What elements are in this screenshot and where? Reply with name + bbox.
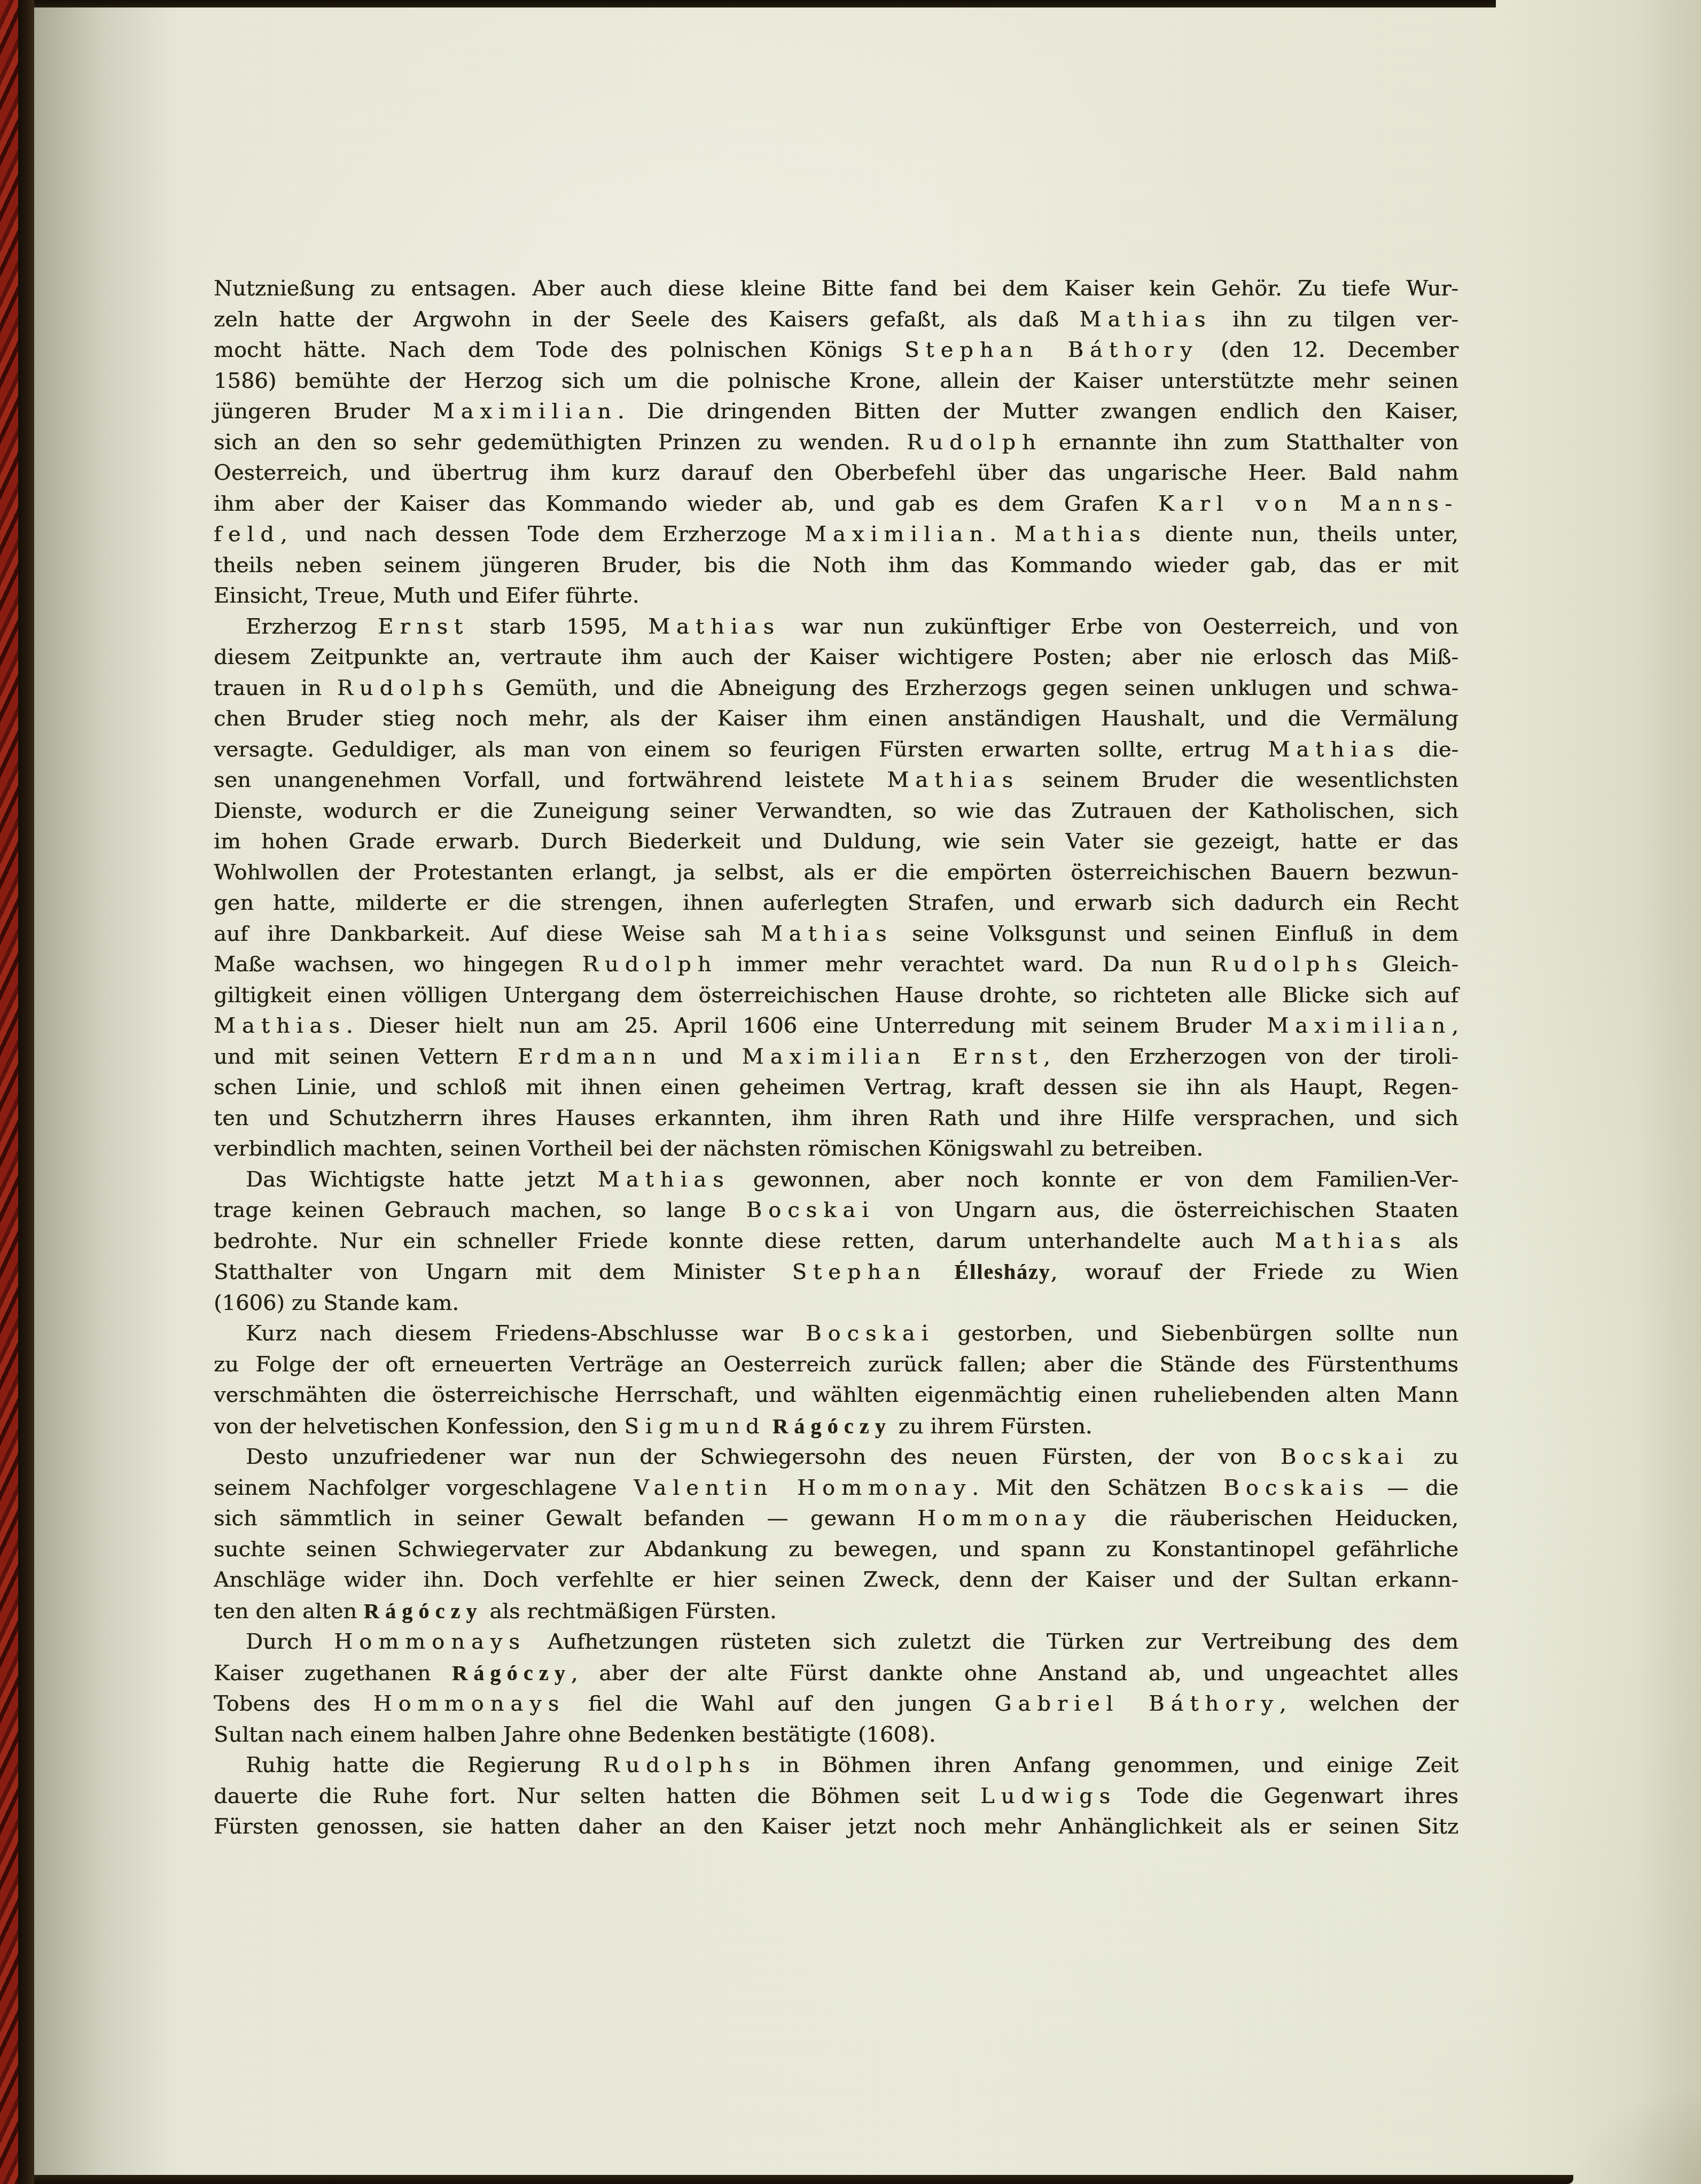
text-segment: starb 1595, <box>469 614 648 639</box>
text-line: Anschläge wider ihn. Doch verfehlte er h… <box>214 1565 1458 1596</box>
emphasized-name: Mathias <box>1080 307 1212 332</box>
text-line: ten den alten Rágóczy als rechtmäßigen F… <box>214 1596 1458 1627</box>
emphasized-name: Rágóczy <box>452 1661 571 1685</box>
text-segment: — die <box>1370 1476 1458 1500</box>
text-segment: trage keinen Gebrauch machen, so lange <box>214 1198 746 1222</box>
text-segment: Tobens des <box>214 1691 373 1716</box>
text-segment <box>927 1260 955 1284</box>
text-line: Nutznießung zu entsagen. Aber auch diese… <box>214 274 1458 305</box>
text-line: sen unangenehmen Vorfall, und fortwähren… <box>214 765 1458 796</box>
emphasized-name: Rágóczy <box>364 1599 483 1623</box>
text-segment: . <box>989 522 1015 547</box>
text-line: theils neben seinem jüngeren Bruder, bis… <box>214 550 1458 581</box>
text-segment: , aber der alte Fürst dankte ohne Anstan… <box>571 1661 1458 1686</box>
emphasized-name: Bocskais <box>1223 1476 1370 1500</box>
emphasized-name: Mathias <box>1268 737 1400 762</box>
text-line: dauerte die Ruhe fort. Nur selten hatten… <box>214 1781 1458 1812</box>
emphasized-name: Rudolphs <box>603 1753 756 1777</box>
text-line: von der helvetischen Konfession, den Sig… <box>214 1411 1458 1442</box>
text-line: Oesterreich, und übertrug ihm kurz darau… <box>214 458 1458 489</box>
text-line: chen Bruder stieg noch mehr, als der Kai… <box>214 704 1458 735</box>
text-segment: Durch <box>246 1629 334 1654</box>
text-segment: , <box>1452 1013 1458 1038</box>
scan-top-edge <box>0 0 1496 7</box>
text-line: sich sämmtlich in seiner Gewalt befanden… <box>214 1503 1458 1534</box>
text-segment: trauen in <box>214 676 337 700</box>
emphasized-name: Ludwigs <box>980 1784 1117 1808</box>
text-segment: und <box>662 1044 742 1069</box>
text-line: verschmähten die österreichische Herrsch… <box>214 1380 1458 1411</box>
text-segment: und mit seinen Vettern <box>214 1044 518 1069</box>
text-segment: ernannte ihn zum Statthalter von <box>1042 430 1458 455</box>
text-segment: von der helvetischen Konfession, den <box>214 1414 624 1439</box>
emphasized-name: Bocskai <box>1281 1445 1409 1469</box>
text-segment <box>766 1414 773 1439</box>
emphasized-name: Rudolph <box>907 430 1042 455</box>
text-segment: diente nun, theils unter, <box>1147 522 1458 547</box>
emphasized-name: Rágóczy <box>773 1414 892 1438</box>
text-segment: diesem Zeitpunkte an, vertraute ihm auch… <box>214 645 1458 669</box>
gutter-shadow <box>33 0 183 2184</box>
text-segment: suchte seinen Schwiegervater zur Abdanku… <box>214 1537 1458 1562</box>
emphasized-name: Stephan <box>792 1260 927 1284</box>
text-line: ten und Schutzherrn ihres Hauses erkannt… <box>214 1103 1458 1134</box>
text-line: diesem Zeitpunkte an, vertraute ihm auch… <box>214 642 1458 673</box>
text-segment: ihn zu tilgen ver- <box>1212 307 1458 332</box>
text-segment: Maße wachsen, wo hingegen <box>214 952 582 977</box>
text-segment: , den Erzherzogen von der tiroli- <box>1043 1044 1458 1069</box>
emphasized-name: Mathias <box>1015 522 1147 547</box>
text-line: Einsicht, Treue, Muth und Eifer führte. <box>214 581 1458 612</box>
text-segment: gewonnen, aber noch konnte er von dem Fa… <box>730 1167 1458 1192</box>
text-line: im hohen Grade erwarb. Durch Biederkeit … <box>214 826 1458 857</box>
text-segment: Tode die Gegenwart ihres <box>1117 1784 1458 1808</box>
text-segment: gen hatte, milderte er die strengen, ihn… <box>214 891 1458 915</box>
text-segment: Statthalter von Ungarn mit dem Minister <box>214 1260 792 1284</box>
text-segment: zu <box>1409 1445 1458 1469</box>
text-segment: (den 12. December <box>1198 338 1458 362</box>
text-segment: dauerte die Ruhe fort. Nur selten hatten… <box>214 1784 980 1808</box>
text-line: trage keinen Gebrauch machen, so lange B… <box>214 1195 1458 1226</box>
text-line: Erzherzog Ernst starb 1595, Mathias war … <box>214 612 1458 643</box>
emphasized-name: Valentin Hommonay <box>634 1476 972 1500</box>
text-segment: 1586) bemühte der Herzog sich um die pol… <box>214 369 1458 393</box>
text-segment: Einsicht, Treue, Muth und Eifer führte. <box>214 583 639 608</box>
page-text-block: Nutznießung zu entsagen. Aber auch diese… <box>214 274 1458 1843</box>
text-segment: Gemüth, und die Abneigung des Erzherzogs… <box>490 676 1458 700</box>
emphasized-name: Sigmund <box>624 1414 766 1439</box>
text-segment: Ruhig hatte die Regierung <box>246 1753 603 1777</box>
text-segment: verschmähten die österreichische Herrsch… <box>214 1383 1458 1407</box>
text-line: bedrohte. Nur ein schneller Friede konnt… <box>214 1226 1458 1257</box>
emphasized-name: Mathias <box>648 614 781 639</box>
emphasized-name: Mathias <box>761 922 893 946</box>
text-segment: fiel die Wahl auf den jungen <box>565 1691 994 1716</box>
text-segment: gestorben, und Siebenbürgen sollte nun <box>934 1321 1458 1346</box>
emphasized-name: Erdmann <box>518 1044 662 1069</box>
emphasized-name: Mathias <box>214 1013 346 1038</box>
text-line: gen hatte, milderte er die strengen, ihn… <box>214 888 1458 919</box>
text-segment: , welchen der <box>1279 1691 1458 1716</box>
text-line: Wohlwollen der Protestanten erlangt, ja … <box>214 857 1458 888</box>
text-line: Mathias. Dieser hielt nun am 25. April 1… <box>214 1011 1458 1042</box>
scan-bottom-edge <box>21 2175 1573 2184</box>
text-segment: im hohen Grade erwarb. Durch Biederkeit … <box>214 829 1458 854</box>
text-segment: von Ungarn aus, die österreichischen Sta… <box>875 1198 1458 1222</box>
text-line: feld, und nach dessen Tode dem Erzherzog… <box>214 519 1458 550</box>
text-line: trauen in Rudolphs Gemüth, und die Abnei… <box>214 673 1458 704</box>
text-segment: Desto unzufriedener war nun der Schwiege… <box>246 1445 1281 1469</box>
text-segment: schen Linie, und schloß mit ihnen einen … <box>214 1075 1458 1099</box>
emphasized-name: Mathias <box>1275 1229 1407 1253</box>
emphasized-name: Rudolphs <box>337 676 490 700</box>
text-line: auf ihre Dankbarkeit. Auf diese Weise sa… <box>214 919 1458 950</box>
emphasized-name: Maximilian <box>433 399 618 424</box>
text-segment: als <box>1407 1229 1458 1253</box>
text-segment: Dienste, wodurch er die Zuneigung seiner… <box>214 799 1458 823</box>
text-line: zeln hatte der Argwohn in der Seele des … <box>214 305 1458 336</box>
text-segment: (1606) zu Stande kam. <box>214 1291 459 1315</box>
text-line: Fürsten genossen, sie hatten daher an de… <box>214 1812 1458 1843</box>
text-line: Kurz nach diesem Friedens-Abschlusse war… <box>214 1319 1458 1350</box>
text-segment: ten den alten <box>214 1599 364 1624</box>
text-line: Tobens des Hommonays fiel die Wahl auf d… <box>214 1689 1458 1720</box>
text-segment: Nutznießung zu entsagen. Aber auch diese… <box>214 276 1458 301</box>
emphasized-name: Hommonay <box>917 1506 1092 1531</box>
text-line: Sultan nach einem halben Jahre ohne Bede… <box>214 1720 1458 1751</box>
text-line: zu Folge der oft erneuerten Verträge an … <box>214 1350 1458 1380</box>
text-segment: sich an den so sehr gedemüthigten Prinze… <box>214 430 907 455</box>
text-segment: war nun zukünftiger Erbe von Oesterreich… <box>781 614 1458 639</box>
text-segment: jüngeren Bruder <box>214 399 433 424</box>
text-line: verbindlich machten, seinen Vortheil bei… <box>214 1134 1458 1165</box>
text-segment: . Mit den Schätzen <box>972 1476 1223 1500</box>
emphasized-name: Bocskai <box>806 1321 934 1346</box>
emphasized-name: Mathias <box>887 768 1019 792</box>
emphasized-name: Bocskai <box>746 1198 875 1222</box>
text-line: ihm aber der Kaiser das Kommando wieder … <box>214 489 1458 520</box>
emphasized-name: Rudolphs <box>1211 952 1363 977</box>
text-segment: zeln hatte der Argwohn in der Seele des … <box>214 307 1080 332</box>
text-segment: Oesterreich, und übertrug ihm kurz darau… <box>214 461 1458 485</box>
emphasized-name: Hommonays <box>334 1629 526 1654</box>
text-line: giltigkeit einen völligen Untergang dem … <box>214 980 1458 1011</box>
text-segment: Kaiser zugethanen <box>214 1661 452 1686</box>
text-segment: verbindlich machten, seinen Vortheil bei… <box>214 1136 1203 1161</box>
text-segment: als rechtmäßigen Fürsten. <box>483 1599 777 1624</box>
text-line: sich an den so sehr gedemüthigten Prinze… <box>214 427 1458 458</box>
text-segment: Sultan nach einem halben Jahre ohne Bede… <box>214 1722 936 1747</box>
text-segment: . Dieser hielt nun am 25. April 1606 ein… <box>346 1013 1267 1038</box>
emphasized-name: Rudolph <box>582 952 718 977</box>
text-segment: Kurz nach diesem Friedens-Abschlusse war <box>246 1321 806 1346</box>
text-line: Statthalter von Ungarn mit dem Minister … <box>214 1257 1458 1288</box>
text-segment: bedrohte. Nur ein schneller Friede konnt… <box>214 1229 1275 1253</box>
text-line: schen Linie, und schloß mit ihnen einen … <box>214 1072 1458 1103</box>
text-line: Dienste, wodurch er die Zuneigung seiner… <box>214 796 1458 827</box>
text-segment: Aufhetzungen rüsteten sich zuletzt die T… <box>526 1629 1458 1654</box>
text-segment: sich sämmtlich in seiner Gewalt befanden… <box>214 1506 917 1531</box>
text-segment: Fürsten genossen, sie hatten daher an de… <box>214 1814 1458 1839</box>
page-corner-shadow <box>1509 2024 1701 2184</box>
text-segment: Erzherzog <box>246 614 378 639</box>
text-segment: chen Bruder stieg noch mehr, als der Kai… <box>214 706 1458 731</box>
text-segment: seinem Bruder die wesentlichsten <box>1019 768 1458 792</box>
emphasized-name: Ernst <box>378 614 469 639</box>
text-line: suchte seinen Schwiegervater zur Abdanku… <box>214 1534 1458 1565</box>
text-segment: auf ihre Dankbarkeit. Auf diese Weise sa… <box>214 922 761 946</box>
text-segment: Gleich- <box>1363 952 1458 977</box>
emphasized-name: Gabriel Báthory <box>995 1691 1279 1716</box>
text-segment: die- <box>1400 737 1458 762</box>
text-segment: , und nach dessen Tode dem Erzherzoge <box>280 522 805 547</box>
text-line: mocht hätte. Nach dem Tode des polnische… <box>214 335 1458 366</box>
text-line: versagte. Geduldiger, als man von einem … <box>214 735 1458 766</box>
text-segment: immer mehr verachtet ward. Da nun <box>718 952 1211 977</box>
text-segment: zu ihrem Fürsten. <box>892 1414 1093 1439</box>
text-line: (1606) zu Stande kam. <box>214 1288 1458 1319</box>
text-line: Ruhig hatte die Regierung Rudolphs in Bö… <box>214 1750 1458 1781</box>
text-line: Maße wachsen, wo hingegen Rudolph immer … <box>214 949 1458 980</box>
text-line: Durch Hommonays Aufhetzungen rüsteten si… <box>214 1627 1458 1658</box>
emphasized-name: Maximilian Ernst <box>742 1044 1044 1069</box>
emphasized-name: feld <box>214 522 280 547</box>
text-line: 1586) bemühte der Herzog sich um die pol… <box>214 366 1458 397</box>
text-segment: Anschläge wider ihn. Doch verfehlte er h… <box>214 1567 1458 1592</box>
emphasized-name: Hommonays <box>373 1691 566 1716</box>
emphasized-name: Stephan Báthory <box>904 338 1198 362</box>
text-segment: . Die dringenden Bitten der Mutter zwang… <box>618 399 1458 424</box>
text-segment: theils neben seinem jüngeren Bruder, bis… <box>214 553 1458 578</box>
text-segment: zu Folge der oft erneuerten Verträge an … <box>214 1352 1458 1377</box>
emphasized-name: Éllesházy <box>954 1260 1050 1284</box>
text-line: seinem Nachfolger vorgeschlagene Valenti… <box>214 1473 1458 1504</box>
emphasized-name: Mathias <box>598 1167 730 1192</box>
text-line: jüngeren Bruder Maximilian. Die dringend… <box>214 396 1458 427</box>
text-segment: ten und Schutzherrn ihres Hauses erkannt… <box>214 1106 1458 1130</box>
text-segment: seinem Nachfolger vorgeschlagene <box>214 1476 634 1500</box>
text-segment: die räuberischen Heiducken, <box>1092 1506 1458 1531</box>
emphasized-name: Maximilian <box>1267 1013 1452 1038</box>
text-segment: in Böhmen ihren Anfang genommen, und ein… <box>756 1753 1458 1777</box>
text-segment: sen unangenehmen Vorfall, und fortwähren… <box>214 768 887 792</box>
text-segment: giltigkeit einen völligen Untergang dem … <box>214 983 1458 1008</box>
text-segment: , worauf der Friede zu Wien <box>1051 1260 1458 1284</box>
page-fore-edge <box>1637 0 1701 2184</box>
book-scan: Nutznießung zu entsagen. Aber auch diese… <box>0 0 1701 2184</box>
marbled-spine-edge <box>0 0 18 2184</box>
text-line: Desto unzufriedener war nun der Schwiege… <box>214 1442 1458 1473</box>
text-line: und mit seinen Vettern Erdmann und Maxim… <box>214 1042 1458 1073</box>
text-line: Kaiser zugethanen Rágóczy, aber der alte… <box>214 1658 1458 1689</box>
binding-shadow <box>18 0 34 2184</box>
text-segment: ihm aber der Kaiser das Kommando wieder … <box>214 492 1158 516</box>
text-segment: seine Volksgunst und seinen Einfluß in d… <box>893 922 1458 946</box>
text-line: Das Wichtigste hatte jetzt Mathias gewon… <box>214 1165 1458 1196</box>
text-segment: versagte. Geduldiger, als man von einem … <box>214 737 1268 762</box>
text-segment: Wohlwollen der Protestanten erlangt, ja … <box>214 860 1458 885</box>
emphasized-name: Maximilian <box>805 522 989 547</box>
emphasized-name: Karl von Manns- <box>1158 492 1458 516</box>
text-segment: Das Wichtigste hatte jetzt <box>246 1167 598 1192</box>
text-segment: mocht hätte. Nach dem Tode des polnische… <box>214 338 904 362</box>
